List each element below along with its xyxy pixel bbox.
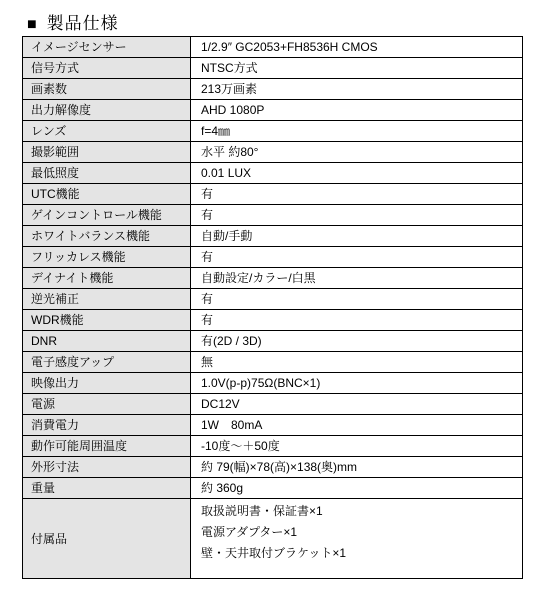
spec-label: 信号方式 — [23, 58, 191, 79]
table-row: フリッカレス機能有 — [23, 247, 523, 268]
spec-value: 213万画素 — [191, 79, 523, 100]
spec-value-line: 壁・天井取付ブラケット×1 — [201, 543, 518, 564]
spec-value: 約 79(幅)×78(高)×138(奥)mm — [191, 457, 523, 478]
spec-label: 画素数 — [23, 79, 191, 100]
table-row: 画素数213万画素 — [23, 79, 523, 100]
spec-value: 0.01 LUX — [191, 163, 523, 184]
table-row: イメージセンサー1/2.9″ GC2053+FH8536H CMOS — [23, 37, 523, 58]
spec-label: 外形寸法 — [23, 457, 191, 478]
spec-value: 自動/手動 — [191, 226, 523, 247]
spec-value: 水平 約80° — [191, 142, 523, 163]
table-row: ゲインコントロール機能有 — [23, 205, 523, 226]
table-row: 電源DC12V — [23, 394, 523, 415]
spec-value: NTSC方式 — [191, 58, 523, 79]
spec-label: UTC機能 — [23, 184, 191, 205]
spec-value: 無 — [191, 352, 523, 373]
spec-label: 撮影範囲 — [23, 142, 191, 163]
table-row: 電子感度アップ無 — [23, 352, 523, 373]
spec-label: デイナイト機能 — [23, 268, 191, 289]
spec-label: 映像出力 — [23, 373, 191, 394]
spec-value: 取扱説明書・保証書×1電源アダプター×1壁・天井取付ブラケット×1 — [191, 499, 523, 579]
spec-label: レンズ — [23, 121, 191, 142]
spec-value: 有 — [191, 247, 523, 268]
spec-label: 電源 — [23, 394, 191, 415]
spec-label: 電子感度アップ — [23, 352, 191, 373]
spec-value: 有 — [191, 205, 523, 226]
spec-label: 付属品 — [23, 499, 191, 579]
table-row: デイナイト機能自動設定/カラー/白黒 — [23, 268, 523, 289]
page: { "title": { "square": "■", "text": "製品仕… — [0, 0, 544, 604]
table-row: 映像出力1.0V(p-p)75Ω(BNC×1) — [23, 373, 523, 394]
table-row: DNR有(2D / 3D) — [23, 331, 523, 352]
table-row: 信号方式NTSC方式 — [23, 58, 523, 79]
table-row: 逆光補正有 — [23, 289, 523, 310]
table-row: 撮影範囲水平 約80° — [23, 142, 523, 163]
spec-label: 逆光補正 — [23, 289, 191, 310]
product-spec-table: イメージセンサー1/2.9″ GC2053+FH8536H CMOS信号方式NT… — [22, 36, 523, 579]
table-row: UTC機能有 — [23, 184, 523, 205]
spec-label: ゲインコントロール機能 — [23, 205, 191, 226]
spec-table-body: イメージセンサー1/2.9″ GC2053+FH8536H CMOS信号方式NT… — [23, 37, 523, 579]
spec-label: 最低照度 — [23, 163, 191, 184]
table-row: ホワイトバランス機能自動/手動 — [23, 226, 523, 247]
spec-value: 自動設定/カラー/白黒 — [191, 268, 523, 289]
spec-value: 有 — [191, 289, 523, 310]
spec-label: イメージセンサー — [23, 37, 191, 58]
table-row: 付属品取扱説明書・保証書×1電源アダプター×1壁・天井取付ブラケット×1 — [23, 499, 523, 579]
spec-value-line: 取扱説明書・保証書×1 — [201, 501, 518, 522]
table-row: レンズf=4㎜ — [23, 121, 523, 142]
spec-value: 有 — [191, 310, 523, 331]
spec-value: -10度～＋50度 — [191, 436, 523, 457]
page-title-text: 製品仕様 — [47, 14, 119, 33]
table-row: WDR機能有 — [23, 310, 523, 331]
table-row: 動作可能周囲温度-10度～＋50度 — [23, 436, 523, 457]
spec-value-line: 電源アダプター×1 — [201, 522, 518, 543]
table-row: 消費電力1W 80mA — [23, 415, 523, 436]
spec-label: 出力解像度 — [23, 100, 191, 121]
spec-value: 1/2.9″ GC2053+FH8536H CMOS — [191, 37, 523, 58]
spec-value: 1W 80mA — [191, 415, 523, 436]
spec-value: 1.0V(p-p)75Ω(BNC×1) — [191, 373, 523, 394]
spec-label: フリッカレス機能 — [23, 247, 191, 268]
spec-value: 有(2D / 3D) — [191, 331, 523, 352]
page-title: ■製品仕様 — [27, 14, 119, 35]
spec-value: DC12V — [191, 394, 523, 415]
spec-value: 約 360g — [191, 478, 523, 499]
spec-value: 有 — [191, 184, 523, 205]
table-row: 重量約 360g — [23, 478, 523, 499]
spec-label: ホワイトバランス機能 — [23, 226, 191, 247]
spec-value: AHD 1080P — [191, 100, 523, 121]
spec-label: 動作可能周囲温度 — [23, 436, 191, 457]
table-row: 出力解像度AHD 1080P — [23, 100, 523, 121]
spec-value: f=4㎜ — [191, 121, 523, 142]
black-square-icon: ■ — [27, 16, 38, 33]
spec-label: WDR機能 — [23, 310, 191, 331]
table-row: 外形寸法約 79(幅)×78(高)×138(奥)mm — [23, 457, 523, 478]
spec-label: 消費電力 — [23, 415, 191, 436]
spec-label: 重量 — [23, 478, 191, 499]
spec-label: DNR — [23, 331, 191, 352]
table-row: 最低照度0.01 LUX — [23, 163, 523, 184]
